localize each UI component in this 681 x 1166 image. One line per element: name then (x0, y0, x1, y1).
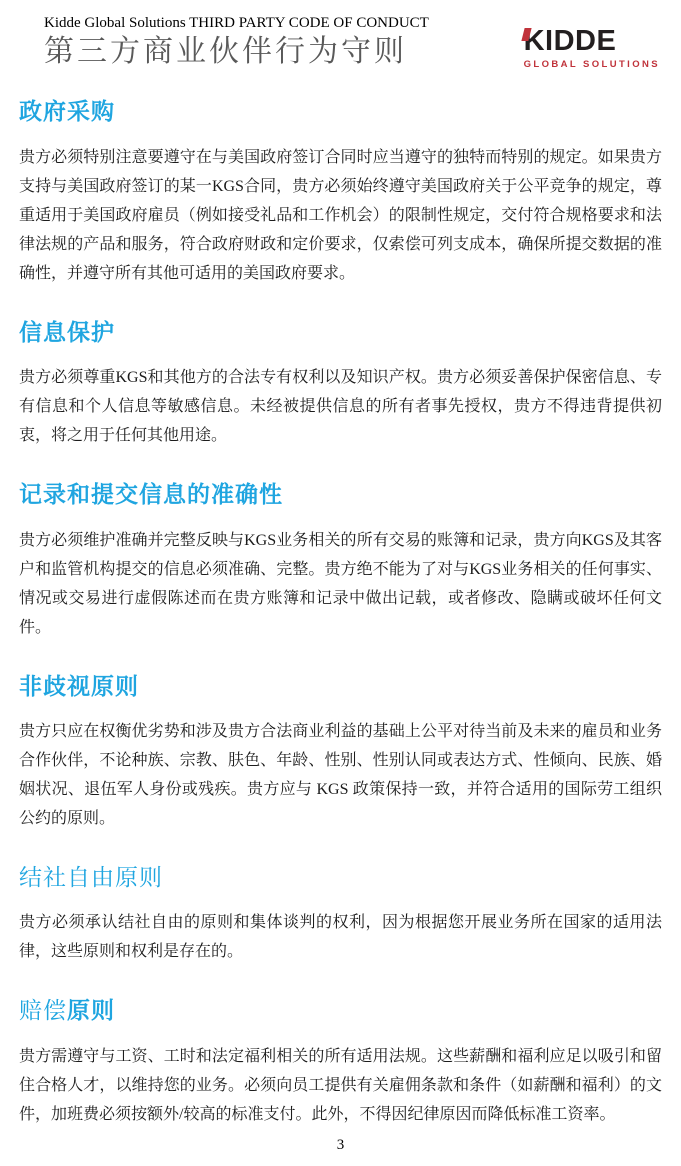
section-body-text: 贵方只应在权衡优劣势和涉及贵方合法商业利益的基础上公平对待当前及未来的雇员和业务… (19, 717, 662, 833)
section-body-text: 贵方必须维护准确并完整反映与KGS业务相关的所有交易的账簿和记录，贵方向KGS及… (19, 526, 662, 642)
section-accuracy-of-records: 记录和提交信息的准确性 贵方必须维护准确并完整反映与KGS业务相关的所有交易的账… (19, 482, 662, 641)
section-heading: 信息保护 (19, 320, 662, 346)
page-number: 3 (337, 1137, 345, 1153)
section-body-text: 贵方必须尊重KGS和其他方的合法专有权利以及知识产权。贵方必须妥善保护保密信息、… (19, 363, 662, 450)
document-body: 政府采购 贵方必须特别注意要遵守在与美国政府签订合同时应当遵守的独特而特别的规定… (19, 99, 662, 1129)
heading-segment: 赔偿 (19, 998, 67, 1024)
page-footer: 3 (0, 1136, 681, 1154)
heading-segment: 原则 (67, 998, 115, 1024)
section-freedom-of-association: 结社自由原则 贵方必须承认结社自由的原则和集体谈判的权利，因为根据您开展业务所在… (19, 865, 662, 966)
heading-segment: 非歧视原则 (19, 674, 139, 700)
heading-segment: 结社自由原则 (19, 865, 163, 891)
section-heading: 结社自由原则 (19, 865, 662, 891)
section-non-discrimination: 非歧视原则 贵方只应在权衡优劣势和涉及贵方合法商业利益的基础上公平对待当前及未来… (19, 674, 662, 833)
kidde-logo: KIDDE GLOBAL SOLUTIONS (524, 27, 660, 70)
section-heading: 非歧视原则 (19, 674, 662, 700)
document-page: Kidde Global Solutions THIRD PARTY CODE … (0, 0, 681, 1166)
kidde-brand-text: KIDDE (524, 25, 617, 57)
heading-segment: 政府采购 (19, 99, 115, 125)
section-compensation: 赔偿原则 贵方需遵守与工资、工时和法定福利相关的所有适用法规。这些薪酬和福利应足… (19, 998, 662, 1128)
section-government-procurement: 政府采购 贵方必须特别注意要遵守在与美国政府签订合同时应当遵守的独特而特别的规定… (19, 99, 662, 287)
heading-segment: 信息保护 (19, 320, 115, 346)
section-body-text: 贵方必须承认结社自由的原则和集体谈判的权利，因为根据您开展业务所在国家的适用法律… (19, 908, 662, 966)
section-information-protection: 信息保护 贵方必须尊重KGS和其他方的合法专有权利以及知识产权。贵方必须妥善保护… (19, 320, 662, 450)
section-body-text: 贵方必须特别注意要遵守在与美国政府签订合同时应当遵守的独特而特别的规定。如果贵方… (19, 143, 662, 288)
kidde-tagline: GLOBAL SOLUTIONS (524, 59, 660, 70)
heading-segment: 记录和提交信息的准确性 (19, 482, 283, 508)
section-body-text: 贵方需遵守与工资、工时和法定福利相关的所有适用法规。这些薪酬和福利应足以吸引和留… (19, 1042, 662, 1129)
kidde-wordmark: KIDDE (524, 27, 660, 56)
section-heading: 记录和提交信息的准确性 (19, 482, 662, 508)
section-heading: 赔偿原则 (19, 998, 662, 1024)
section-heading: 政府采购 (19, 99, 662, 125)
